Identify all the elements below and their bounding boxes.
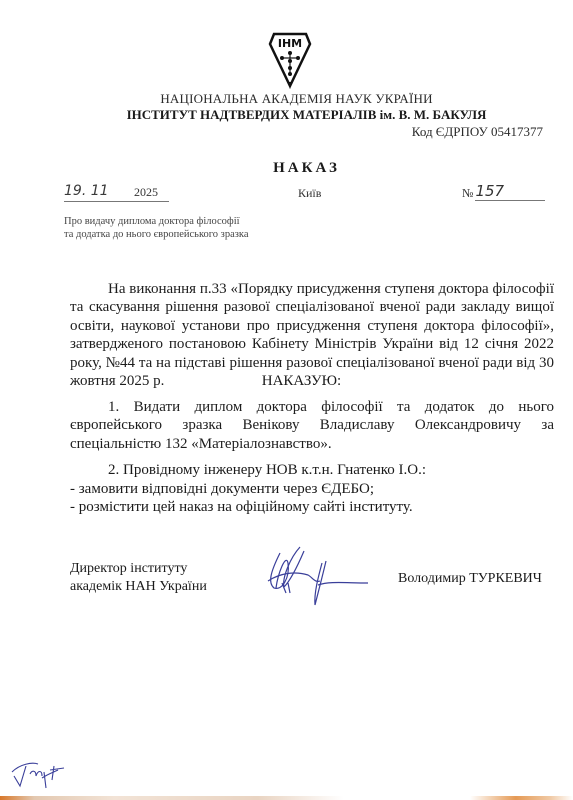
date-year: 2025 xyxy=(134,185,158,200)
order-city: Київ xyxy=(298,186,321,201)
order-item-2: 2. Провідному інженеру НОВ к.т.н. Гнатен… xyxy=(108,462,426,479)
signatory-position: Директор інституту академік НАН України xyxy=(70,560,207,596)
order-subject: Про видачу диплома доктора філософії та … xyxy=(64,215,249,241)
number-handwritten: 157 xyxy=(475,182,545,201)
institute-name: ІНСТИТУТ НАДТВЕРДИХ МАТЕРІАЛІВ ім. В. М.… xyxy=(0,107,573,123)
subject-line-1: Про видачу диплома доктора філософії xyxy=(64,215,249,228)
director-signature xyxy=(260,543,370,613)
approval-visa-signature xyxy=(10,752,70,792)
academy-name: НАЦІОНАЛЬНА АКАДЕМІЯ НАУК УКРАЇНИ xyxy=(0,91,573,107)
order-item-2-sub-2: - розмістити цей наказ на офіційному сай… xyxy=(70,499,413,516)
position-line-1: Директор інституту xyxy=(70,560,207,578)
document-title: НАКАЗ xyxy=(0,160,573,177)
institute-logo: ІНМ xyxy=(268,30,312,90)
order-date: 19. 11 2025 xyxy=(64,183,169,202)
order-number: № 157 xyxy=(462,182,545,201)
order-item-1: 1. Видати диплом доктора філософії та до… xyxy=(70,398,554,453)
date-handwritten: 19. 11 xyxy=(64,183,109,199)
order-item-2-sub-1: - замовити відповідні документи через ЄД… xyxy=(70,481,374,498)
position-line-2: академік НАН України xyxy=(70,578,207,596)
subject-line-2: та додатка до нього європейського зразка xyxy=(64,228,249,241)
scan-edge-strip xyxy=(0,796,573,800)
svg-text:ІНМ: ІНМ xyxy=(278,37,302,50)
command-heading: НАКАЗУЮ: xyxy=(0,373,573,390)
signatory-name: Володимир ТУРКЕВИЧ xyxy=(398,571,542,587)
edrpou-code: Код ЄДРПОУ 05417377 xyxy=(412,124,543,140)
number-label: № xyxy=(462,186,473,201)
